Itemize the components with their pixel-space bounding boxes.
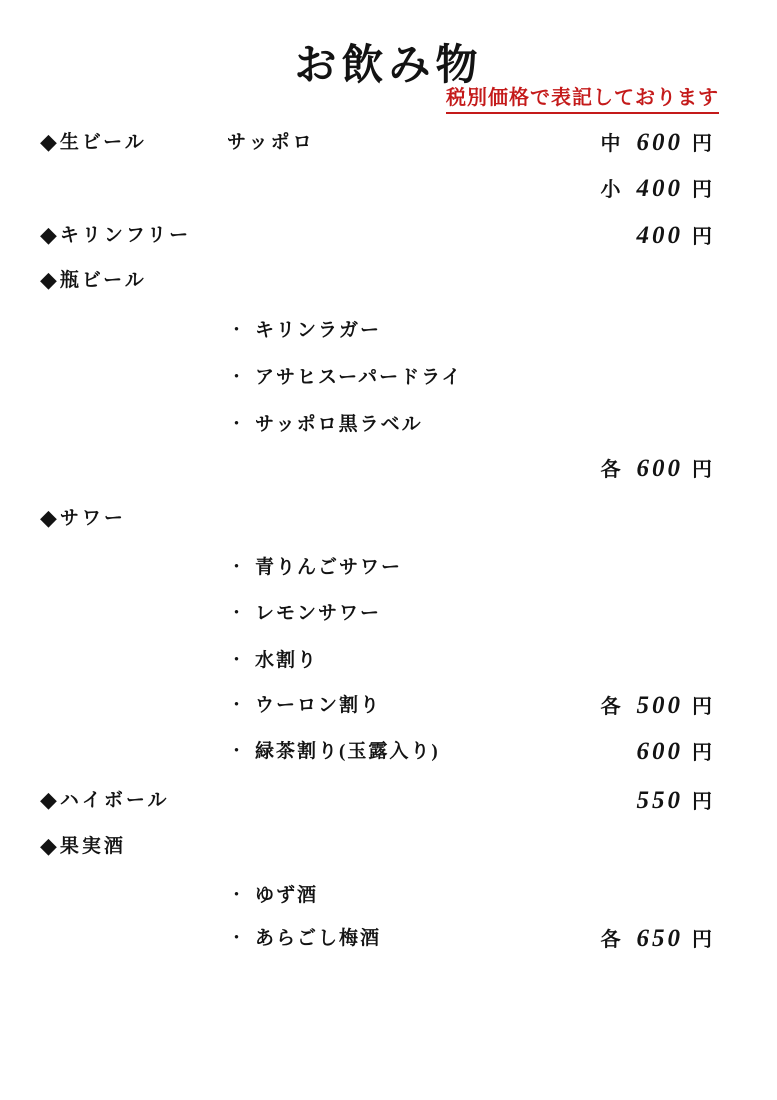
menu-item: ・ ウーロン割り bbox=[227, 691, 381, 721]
menu-item-row: ・ あらごし梅酒 各 650 円 bbox=[0, 924, 777, 954]
menu-item-row: ・ レモンサワー bbox=[0, 599, 777, 629]
price: 550 円 bbox=[601, 786, 713, 817]
item-label: サッポロ黒ラベル bbox=[255, 410, 423, 440]
price-qualifier: 中 bbox=[601, 129, 625, 159]
menu-section-row: ◆ 生ビール サッポロ 中 600 円 bbox=[0, 128, 777, 158]
section-heading: ◆ 生ビール bbox=[40, 128, 147, 158]
menu-item: ・ 水割り bbox=[227, 646, 318, 676]
price-qualifier: 各 bbox=[601, 925, 625, 955]
diamond-bullet-icon: ◆ bbox=[40, 504, 57, 534]
item-bullet-icon: ・ bbox=[227, 924, 246, 954]
diamond-bullet-icon: ◆ bbox=[40, 221, 57, 251]
section-heading: ◆ キリンフリー bbox=[40, 221, 191, 251]
menu-section-row: ◆ キリンフリー 400 円 bbox=[0, 221, 777, 251]
item-bullet-icon: ・ bbox=[227, 316, 246, 346]
menu-item-row: ・ キリンラガー bbox=[0, 316, 777, 346]
item-label: 水割り bbox=[255, 646, 318, 676]
menu-item-row: ・ アサヒスーパードライ bbox=[0, 363, 777, 393]
menu-item: ・ 緑茶割り(玉露入り) bbox=[227, 737, 440, 767]
diamond-bullet-icon: ◆ bbox=[40, 128, 57, 158]
price-unit: 円 bbox=[692, 738, 712, 768]
menu-section-row: ◆ サワー bbox=[0, 504, 777, 534]
menu-item: ・ レモンサワー bbox=[227, 599, 381, 629]
price-row: 小 400 円 bbox=[0, 174, 777, 204]
brand-note: サッポロ bbox=[227, 128, 315, 158]
diamond-bullet-icon: ◆ bbox=[40, 832, 57, 862]
price-unit: 円 bbox=[692, 222, 712, 252]
price-amount: 500 bbox=[637, 691, 684, 721]
price-amount: 400 bbox=[637, 221, 684, 251]
page-title: お飲み物 bbox=[0, 42, 777, 90]
price: 各 500 円 bbox=[601, 691, 713, 722]
item-bullet-icon: ・ bbox=[227, 646, 246, 676]
section-heading: ◆ ハイボール bbox=[40, 786, 170, 816]
item-bullet-icon: ・ bbox=[227, 363, 246, 393]
price-qualifier: 小 bbox=[601, 175, 625, 205]
price: 400 円 bbox=[601, 221, 713, 252]
item-label: ウーロン割り bbox=[255, 691, 381, 721]
section-heading: ◆ 果実酒 bbox=[40, 832, 126, 862]
menu-item-row: ・ ウーロン割り 各 500 円 bbox=[0, 691, 777, 721]
price: 各 650 円 bbox=[601, 924, 713, 955]
price-amount: 400 bbox=[637, 174, 684, 204]
price-amount: 600 bbox=[637, 128, 684, 158]
price-amount: 650 bbox=[637, 924, 684, 954]
price: 各 600 円 bbox=[601, 454, 713, 485]
price-unit: 円 bbox=[692, 455, 712, 485]
item-label: ゆず酒 bbox=[255, 881, 318, 911]
price-row: 各 600 円 bbox=[0, 454, 777, 484]
item-label: 緑茶割り(玉露入り) bbox=[255, 737, 440, 767]
menu-item-row: ・ 水割り bbox=[0, 646, 777, 676]
menu-item: ・ サッポロ黒ラベル bbox=[227, 410, 423, 440]
price-qualifier: 各 bbox=[601, 455, 625, 485]
price-qualifier: 各 bbox=[601, 692, 625, 722]
item-bullet-icon: ・ bbox=[227, 410, 246, 440]
price: 600 円 bbox=[601, 737, 713, 768]
item-bullet-icon: ・ bbox=[227, 737, 246, 767]
price-amount: 600 bbox=[637, 454, 684, 484]
item-bullet-icon: ・ bbox=[227, 881, 246, 911]
item-label: レモンサワー bbox=[255, 599, 381, 629]
menu-item: ・ ゆず酒 bbox=[227, 881, 318, 911]
item-label: あらごし梅酒 bbox=[255, 924, 381, 954]
menu-item: ・ キリンラガー bbox=[227, 316, 381, 346]
tax-note: 税別価格で表記しております bbox=[446, 86, 719, 114]
diamond-bullet-icon: ◆ bbox=[40, 786, 57, 816]
price-unit: 円 bbox=[692, 925, 712, 955]
menu-item-row: ・ 青りんごサワー bbox=[0, 553, 777, 583]
menu-item: ・ 青りんごサワー bbox=[227, 553, 402, 583]
section-label: 瓶ビール bbox=[60, 266, 147, 296]
price: 小 400 円 bbox=[601, 174, 713, 205]
price-unit: 円 bbox=[692, 129, 712, 159]
item-label: キリンラガー bbox=[255, 316, 381, 346]
item-bullet-icon: ・ bbox=[227, 691, 246, 721]
section-label: 果実酒 bbox=[60, 832, 126, 862]
price: 中 600 円 bbox=[601, 128, 713, 159]
price-unit: 円 bbox=[692, 692, 712, 722]
price-unit: 円 bbox=[692, 787, 712, 817]
menu-item-row: ・ 緑茶割り(玉露入り) 600 円 bbox=[0, 737, 777, 767]
section-label: サワー bbox=[60, 504, 126, 534]
price-amount: 550 bbox=[637, 786, 684, 816]
menu-section-row: ◆ 瓶ビール bbox=[0, 266, 777, 296]
section-heading: ◆ サワー bbox=[40, 504, 126, 534]
price-amount: 600 bbox=[637, 737, 684, 767]
item-bullet-icon: ・ bbox=[227, 599, 246, 629]
item-label: 青りんごサワー bbox=[255, 553, 402, 583]
menu-section-row: ◆ 果実酒 bbox=[0, 832, 777, 862]
menu-item: ・ アサヒスーパードライ bbox=[227, 363, 463, 393]
diamond-bullet-icon: ◆ bbox=[40, 266, 57, 296]
item-bullet-icon: ・ bbox=[227, 553, 246, 583]
section-label: ハイボール bbox=[60, 786, 170, 816]
menu-item-row: ・ サッポロ黒ラベル bbox=[0, 410, 777, 440]
menu-item-row: ・ ゆず酒 bbox=[0, 881, 777, 911]
menu-page: お飲み物 税別価格で表記しております ◆ 生ビール サッポロ 中 600 円 小… bbox=[0, 0, 777, 1100]
item-label: アサヒスーパードライ bbox=[255, 363, 463, 393]
section-label: キリンフリー bbox=[60, 221, 191, 251]
menu-item: ・ あらごし梅酒 bbox=[227, 924, 381, 954]
section-heading: ◆ 瓶ビール bbox=[40, 266, 147, 296]
menu-section-row: ◆ ハイボール 550 円 bbox=[0, 786, 777, 816]
section-label: 生ビール bbox=[60, 128, 147, 158]
price-unit: 円 bbox=[692, 175, 712, 205]
